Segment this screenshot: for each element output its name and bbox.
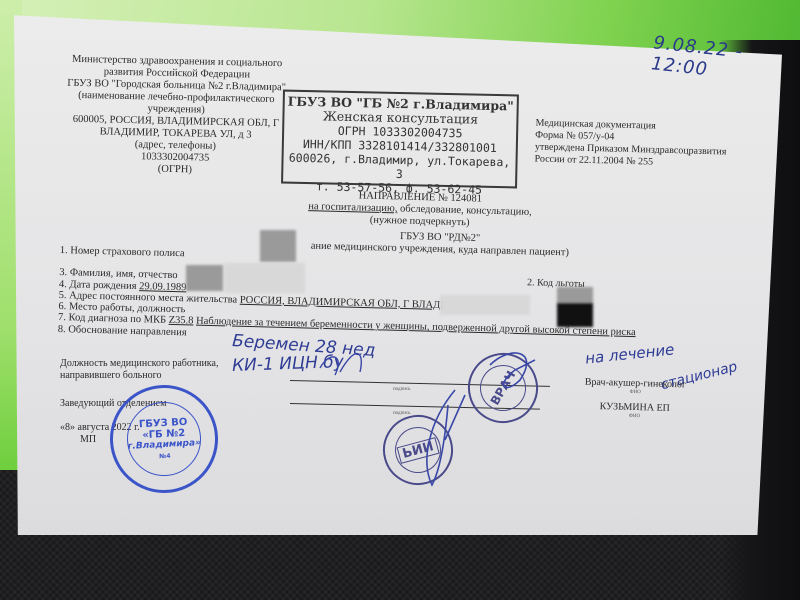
signature-scribbles xyxy=(0,0,800,600)
